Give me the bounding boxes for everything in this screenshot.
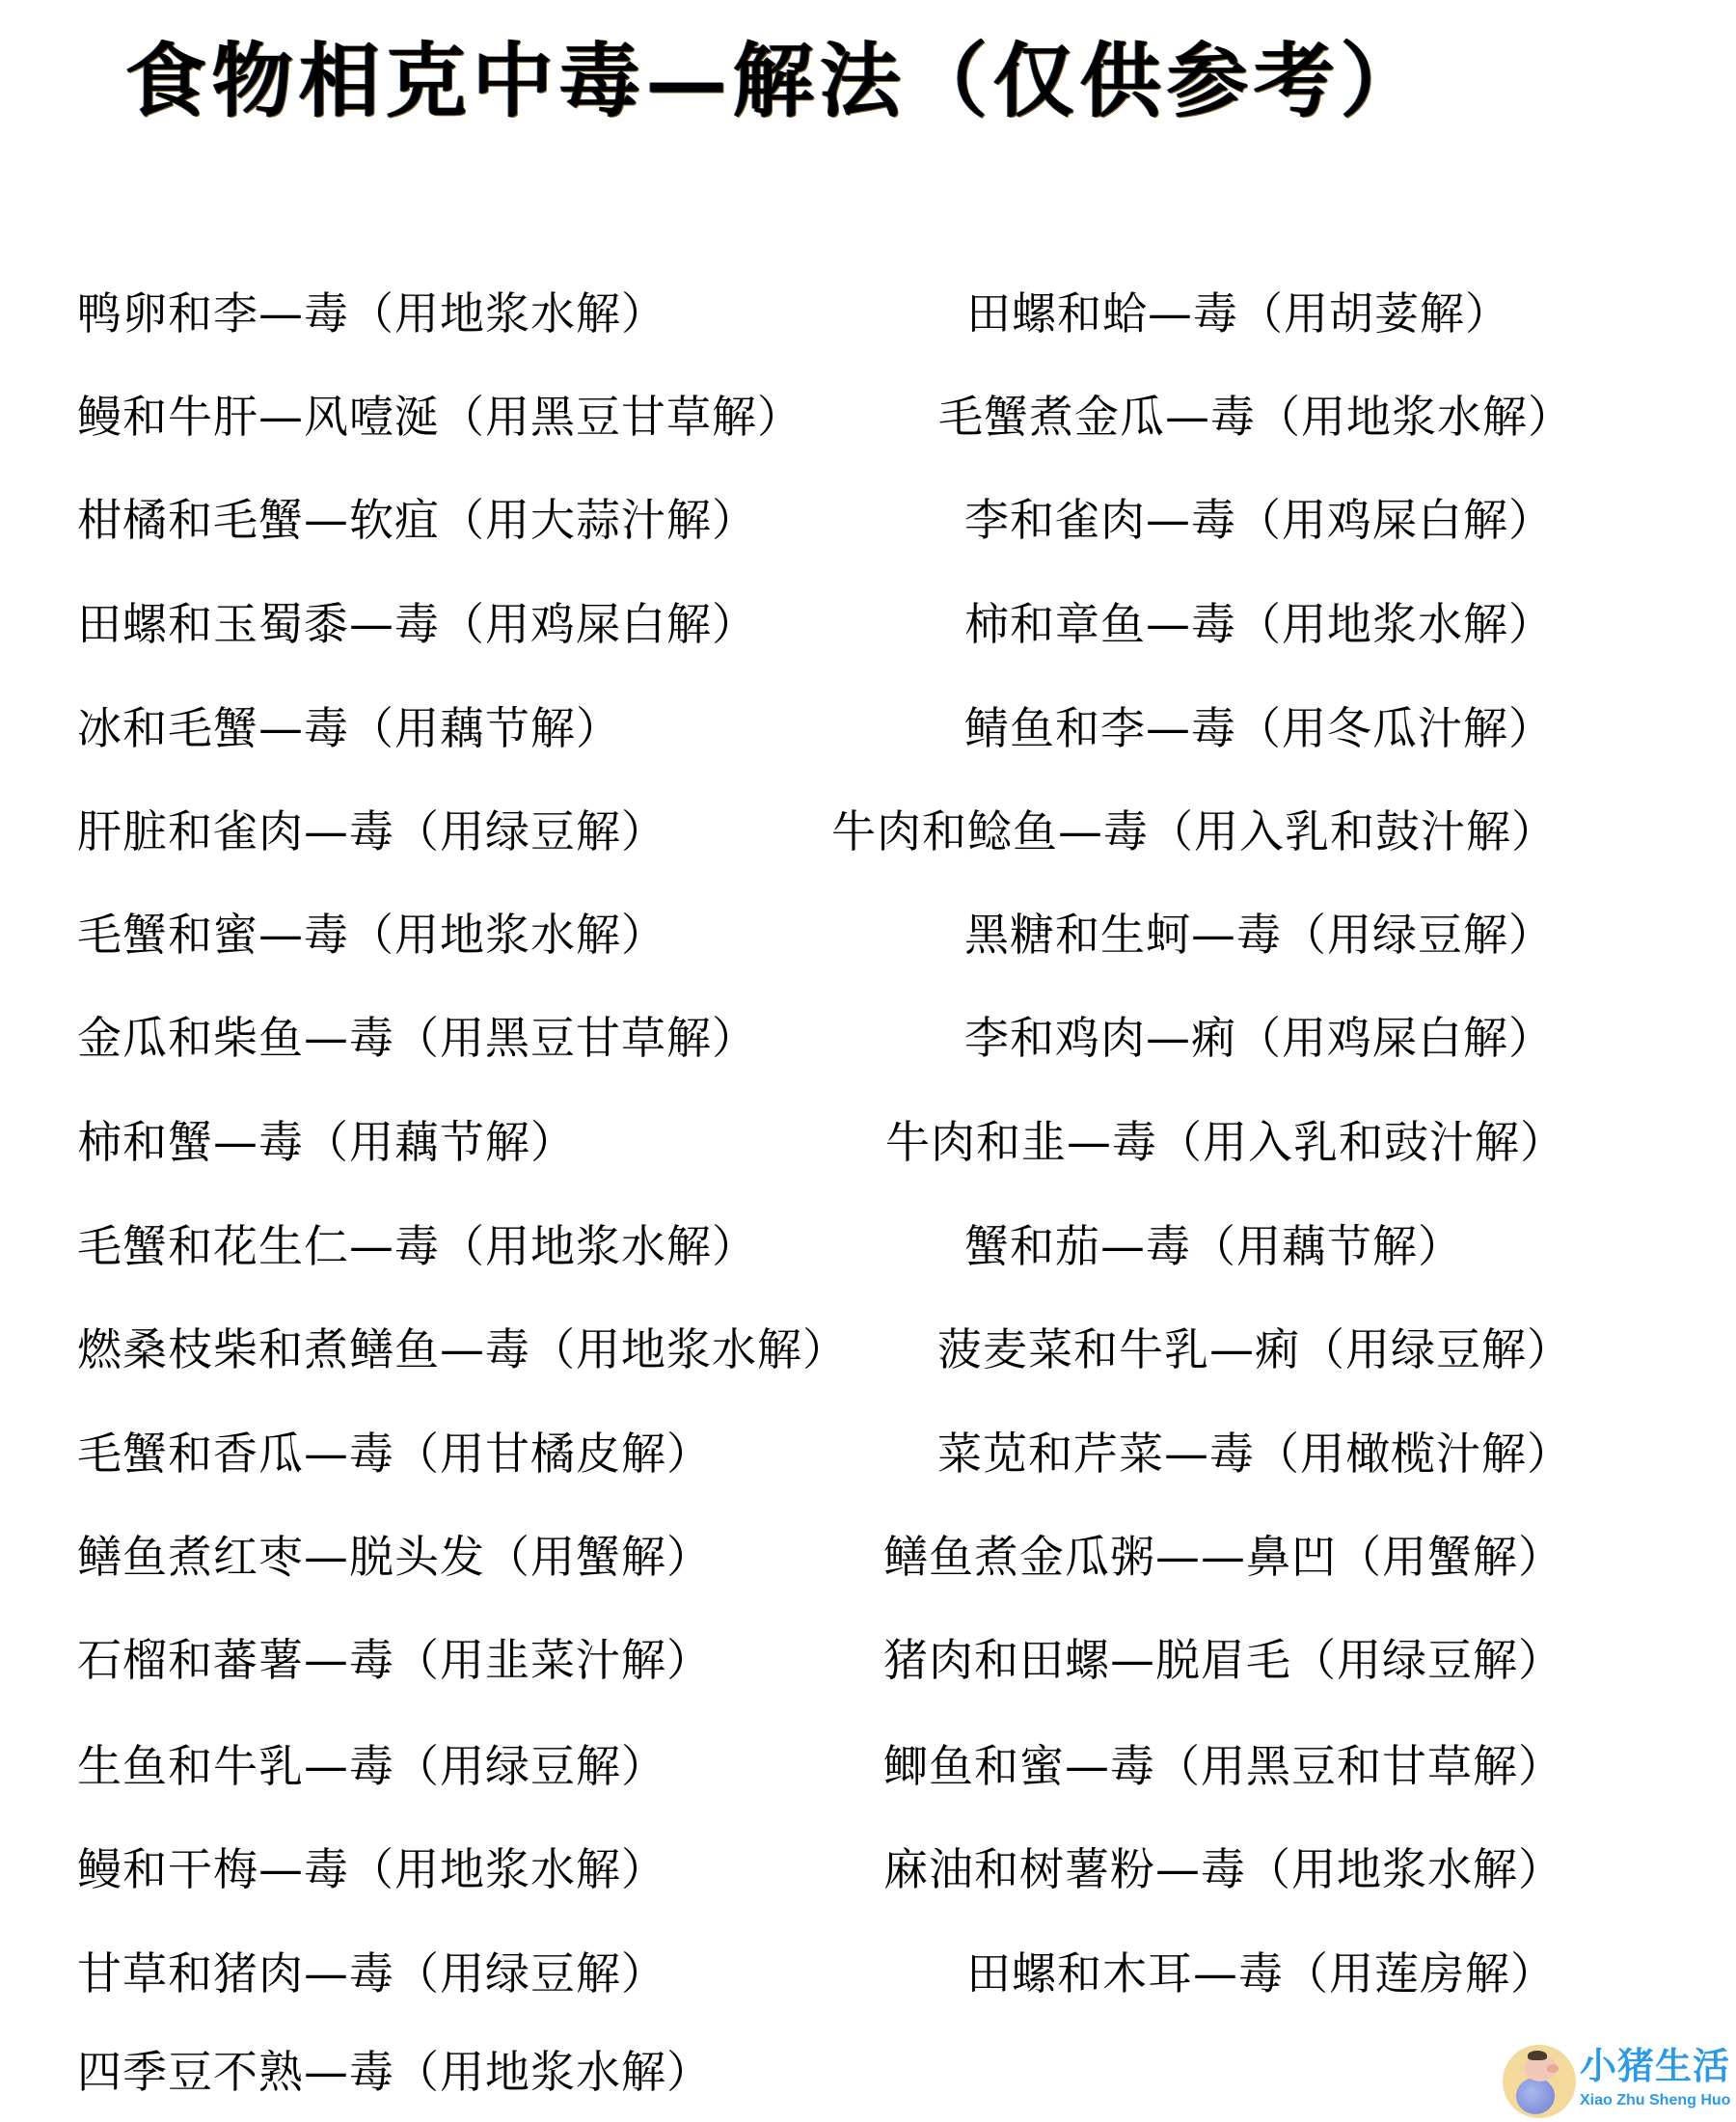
list-item-left: 鳗和牛肝—风噎涎（用黑豆甘草解）: [77, 391, 802, 443]
list-item-right: 毛蟹煮金瓜—毒（用地浆水解）: [938, 391, 1573, 443]
list-item-left: 石榴和蕃薯—毒（用韭菜汁解）: [77, 1634, 712, 1686]
list-item-left: 肝脏和雀肉—毒（用绿豆解）: [77, 805, 666, 857]
list-item-left: 鳝鱼煮红枣—脱头发（用蟹解）: [77, 1531, 712, 1583]
list-item-right: 菜苋和芹菜—毒（用橄榄汁解）: [937, 1428, 1572, 1480]
pig-body-shape: [1516, 2078, 1555, 2114]
list-item-right: 田螺和蛤—毒（用胡荽解）: [966, 287, 1510, 340]
list-item-right: 李和雀肉—毒（用鸡屎白解）: [964, 494, 1554, 546]
list-item-left: 四季豆不熟—毒（用地浆水解）: [77, 2046, 712, 2098]
list-item-left: 毛蟹和香瓜—毒（用甘橘皮解）: [77, 1428, 712, 1480]
list-item-right: 麻油和树薯粉—毒（用地浆水解）: [883, 1843, 1563, 1895]
list-item-left: 燃桑枝柴和煮鳝鱼—毒（用地浆水解）: [77, 1323, 848, 1375]
pig-mascot-icon: [1503, 2045, 1576, 2118]
list-item-right: 猪肉和田螺—脱眉毛（用绿豆解）: [883, 1634, 1563, 1686]
brand-name-en: Xiao Zhu Sheng Huo: [1580, 2091, 1730, 2110]
list-item-left: 鳗和干梅—毒（用地浆水解）: [77, 1843, 666, 1895]
list-item-right: 鲭鱼和李—毒（用冬瓜汁解）: [964, 702, 1554, 754]
list-item-left: 鸭卵和李—毒（用地浆水解）: [77, 287, 666, 340]
list-item-left: 柑橘和毛蟹—软疽（用大蒜汁解）: [77, 494, 757, 546]
pig-snout-shape: [1547, 2064, 1559, 2073]
brand-name-cn: 小猪生活: [1580, 2045, 1730, 2087]
list-item-right: 李和鸡肉—痢（用鸡屎白解）: [964, 1012, 1554, 1064]
page-title: 食物相克中毒—解法（仅供参考）: [125, 33, 1427, 129]
list-item-left: 毛蟹和花生仁—毒（用地浆水解）: [77, 1220, 757, 1272]
list-item-left: 甘草和猪肉—毒（用绿豆解）: [77, 1947, 666, 2000]
list-item-right: 牛肉和鲶鱼—毒（用入乳和鼓汁解）: [831, 805, 1557, 857]
list-item-right: 菠麦菜和牛乳—痢（用绿豆解）: [937, 1323, 1572, 1375]
pig-hair-shape: [1528, 2051, 1547, 2060]
list-item-left: 毛蟹和蜜—毒（用地浆水解）: [77, 909, 666, 961]
list-item-right: 黑糖和生蚵—毒（用绿豆解）: [964, 909, 1554, 961]
list-item-right: 牛肉和韭—毒（用入乳和豉汁解）: [885, 1116, 1565, 1168]
list-item-left: 柿和蟹—毒（用藕节解）: [77, 1116, 576, 1168]
list-item-right: 柿和章鱼—毒（用地浆水解）: [964, 598, 1554, 650]
list-item-right: 鲫鱼和蜜—毒（用黑豆和甘草解）: [883, 1740, 1563, 1792]
list-item-left: 金瓜和柴鱼—毒（用黑豆甘草解）: [77, 1012, 757, 1064]
list-item-right: 鳝鱼煮金瓜粥——鼻凹（用蟹解）: [883, 1531, 1563, 1583]
list-item-right: 田螺和木耳—毒（用莲房解）: [966, 1947, 1556, 2000]
watermark-logo: 小猪生活 Xiao Zhu Sheng Huo: [1501, 2043, 1736, 2122]
list-item-left: 田螺和玉蜀黍—毒（用鸡屎白解）: [77, 598, 757, 650]
list-item-left: 冰和毛蟹—毒（用藕节解）: [77, 702, 621, 754]
list-item-left: 生鱼和牛乳—毒（用绿豆解）: [77, 1740, 666, 1792]
list-item-right: 蟹和茄—毒（用藕节解）: [964, 1220, 1463, 1272]
